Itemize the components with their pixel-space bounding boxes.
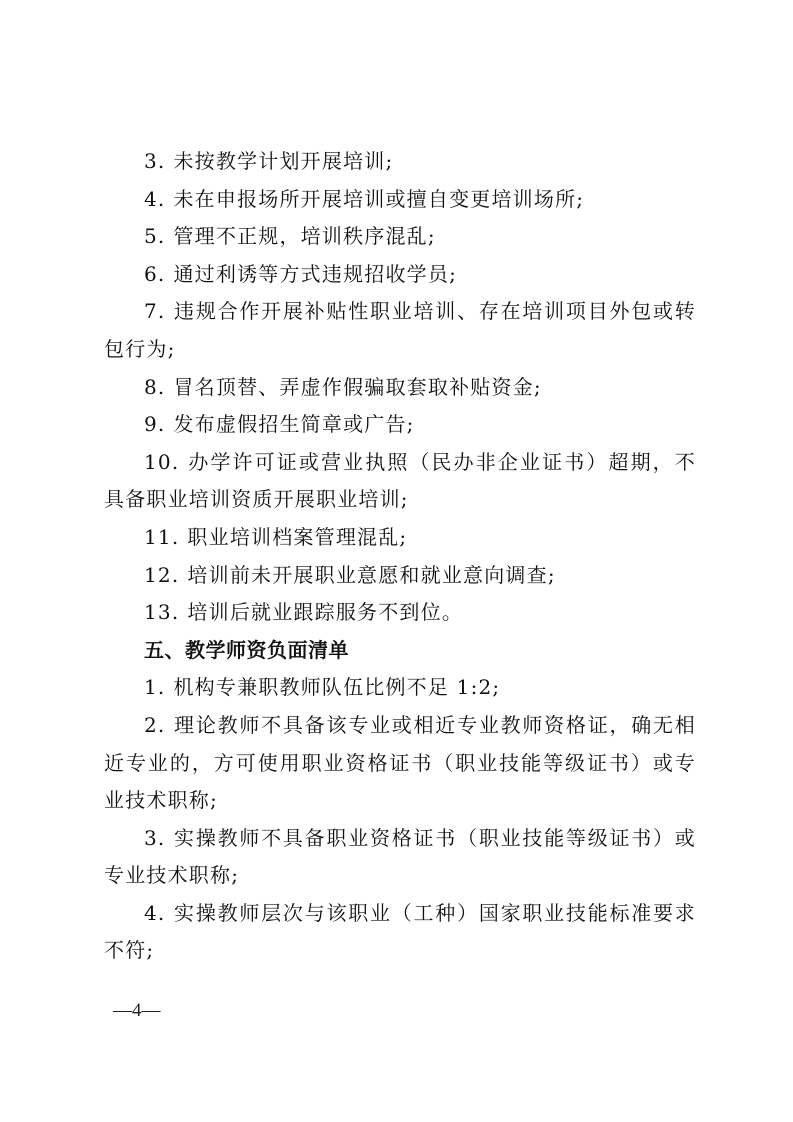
item-text: 实操教师层次与该职业（工种）国家职业技能标准要求不符;: [104, 901, 696, 963]
item-number: 13.: [144, 600, 179, 624]
item-number: 8.: [144, 375, 165, 399]
item-number: 4.: [144, 901, 165, 925]
item-text: 冒名顶替、弄虚作假骗取套取补贴资金;: [173, 375, 541, 399]
page-number: —4—: [113, 1000, 161, 1022]
item-text: 发布虚假招生简章或广告;: [173, 412, 414, 436]
item-text: 培训后就业跟踪服务不到位。: [187, 600, 463, 624]
item-number: 11.: [144, 525, 179, 549]
list-item: 5.管理不正规，培训秩序混乱;: [104, 218, 696, 256]
list-item: 6.通过利诱等方式违规招收学员;: [104, 256, 696, 294]
item-text: 未按教学计划开展培训;: [173, 149, 393, 173]
item-number: 7.: [144, 299, 165, 323]
item-text: 管理不正规，培训秩序混乱;: [173, 224, 435, 248]
list-item: 2.理论教师不具备该专业或相近专业教师资格证，确无相近专业的，方可使用职业资格证…: [104, 707, 696, 820]
item-text: 未在申报场所开展培训或擅自变更培训场所;: [173, 187, 584, 211]
item-text: 理论教师不具备该专业或相近专业教师资格证，确无相近专业的，方可使用职业资格证书（…: [104, 713, 696, 812]
item-number: 1.: [144, 675, 165, 699]
list-item: 4.未在申报场所开展培训或擅自变更培训场所;: [104, 181, 696, 219]
item-text: 实操教师不具备职业资格证书（职业技能等级证书）或专业技术职称;: [104, 826, 696, 888]
list-item: 11.职业培训档案管理混乱;: [104, 519, 696, 557]
item-text: 违规合作开展补贴性职业培训、存在培训项目外包或转包行为;: [104, 299, 696, 361]
item-number: 5.: [144, 224, 165, 248]
list-item: 3.实操教师不具备职业资格证书（职业技能等级证书）或专业技术职称;: [104, 820, 696, 895]
item-number: 4.: [144, 187, 165, 211]
section-heading: 五、教学师资负面清单: [104, 632, 696, 670]
item-number: 9.: [144, 412, 165, 436]
item-text: 职业培训档案管理混乱;: [187, 525, 407, 549]
item-number: 10.: [144, 450, 179, 474]
item-text: 机构专兼职教师队伍比例不足 1:2;: [173, 675, 500, 699]
list-item: 4.实操教师层次与该职业（工种）国家职业技能标准要求不符;: [104, 895, 696, 970]
document-page: 3.未按教学计划开展培训; 4.未在申报场所开展培训或擅自变更培训场所; 5.管…: [104, 143, 696, 970]
item-number: 2.: [144, 713, 165, 737]
list-item: 7.违规合作开展补贴性职业培训、存在培训项目外包或转包行为;: [104, 293, 696, 368]
item-number: 6.: [144, 262, 165, 286]
list-item: 13.培训后就业跟踪服务不到位。: [104, 594, 696, 632]
list-item: 12.培训前未开展职业意愿和就业意向调查;: [104, 557, 696, 595]
item-text: 办学许可证或营业执照（民办非企业证书）超期，不具备职业培训资质开展职业培训;: [104, 450, 696, 512]
item-text: 培训前未开展职业意愿和就业意向调查;: [187, 563, 555, 587]
item-text: 通过利诱等方式违规招收学员;: [173, 262, 457, 286]
list-item: 1.机构专兼职教师队伍比例不足 1:2;: [104, 669, 696, 707]
item-number: 3.: [144, 826, 165, 850]
list-item: 9.发布虚假招生简章或广告;: [104, 406, 696, 444]
item-number: 12.: [144, 563, 179, 587]
item-number: 3.: [144, 149, 165, 173]
list-item: 8.冒名顶替、弄虚作假骗取套取补贴资金;: [104, 369, 696, 407]
list-item: 3.未按教学计划开展培训;: [104, 143, 696, 181]
list-item: 10.办学许可证或营业执照（民办非企业证书）超期，不具备职业培训资质开展职业培训…: [104, 444, 696, 519]
